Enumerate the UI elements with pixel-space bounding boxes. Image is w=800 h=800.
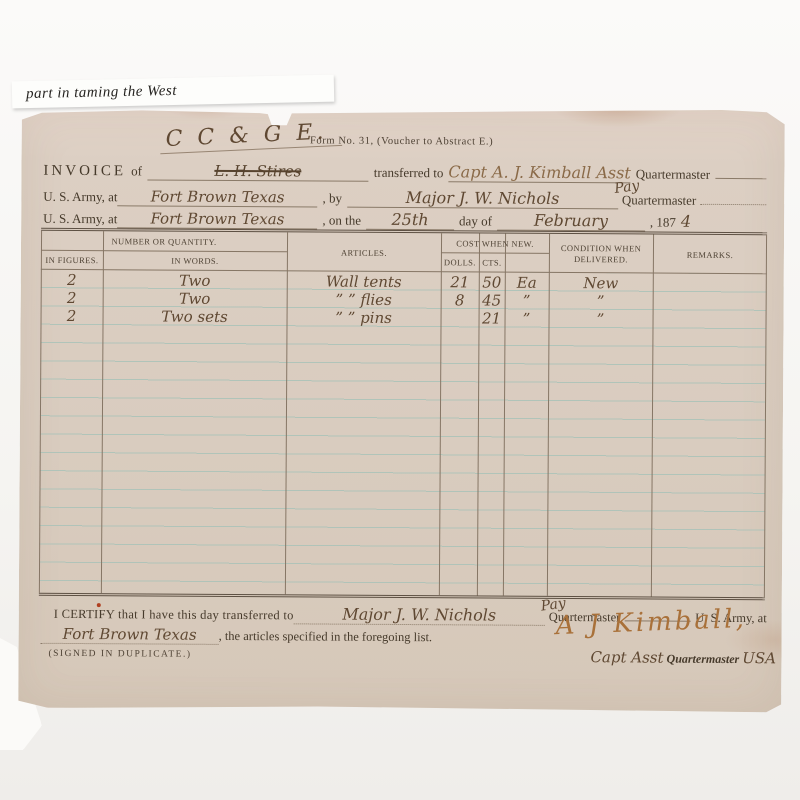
quartermaster-label-1: Quartermaster <box>631 166 715 183</box>
cell-cts: 45 <box>479 292 505 310</box>
cell-dolls <box>440 310 478 328</box>
certify-name-field: Major J. W. Nichols <box>294 604 545 626</box>
place-field-2: Fort Brown Texas <box>117 209 317 229</box>
year-digit: 4 <box>681 212 691 231</box>
cell-figures: 2 <box>41 272 103 290</box>
by-label: , by <box>318 190 348 206</box>
col-header-in-words: IN WORDS. <box>103 255 287 267</box>
cell-condition: New <box>549 275 653 294</box>
cell-remarks <box>653 276 767 295</box>
place-value-2: Fort Brown Texas <box>150 209 284 228</box>
quartermaster-label-2: Quartermaster <box>622 192 696 207</box>
sig-suffix: USA <box>742 649 776 667</box>
cell-remarks <box>652 312 766 331</box>
sig-rank-prefix: Capt Asst <box>590 648 663 666</box>
blank-field-2 <box>700 188 766 205</box>
cell-unit: ” <box>505 293 549 311</box>
cell-articles: Wall tents <box>287 273 441 292</box>
cell-words: Two <box>103 272 287 291</box>
underlying-page-fragment: part in taming the West <box>12 75 334 109</box>
photo-background: part in taming the West Form No. 31, (Vo… <box>0 0 800 800</box>
army-at-label-1: U. S. Army, at <box>43 189 117 205</box>
cell-figures: 2 <box>41 290 103 308</box>
blank-field-1 <box>715 162 766 179</box>
quartermaster-wrap-1: Pay Quartermaster <box>618 192 700 209</box>
transferee-field: Capt A. J. Kimball Asst <box>448 162 630 183</box>
signature-rank-line: Capt Asst Quartermaster USA <box>590 647 773 667</box>
cell-words: Two <box>103 290 287 309</box>
cell-cts: 50 <box>479 274 505 292</box>
cell-figures: 2 <box>41 308 103 326</box>
articles-table: NUMBER OR QUANTITY. IN FIGURES. IN WORDS… <box>39 228 767 600</box>
place-value-1: Fort Brown Texas <box>151 187 285 206</box>
on-the-label: , on the <box>317 212 366 228</box>
articles-suffix: , the articles specified in the foregoin… <box>219 629 433 645</box>
transferee-name: Capt A. J. Kimball Asst <box>448 162 630 182</box>
place-value-3: Fort Brown Texas <box>63 625 197 644</box>
transferred-label: transferred to <box>369 165 449 181</box>
certify-statement: I CERTIFY that I have this day transferr… <box>54 607 294 623</box>
cell-words: Two sets <box>103 308 287 327</box>
invoice-document: Form No. 31, (Voucher to Abstract E.) C … <box>18 106 785 713</box>
cell-unit: Ea <box>505 275 549 293</box>
day-of-label: day of <box>454 213 497 229</box>
invoice-line: INVOICE of L. H. Stires transferred to C… <box>43 158 766 184</box>
col-header-articles: ARTICLES. <box>287 247 441 259</box>
cell-condition: ” <box>549 293 653 312</box>
col-header-dolls: DOLLS. <box>441 257 479 268</box>
cell-articles: ” ” flies <box>287 291 441 310</box>
army-line-1: U. S. Army, at Fort Brown Texas , by Maj… <box>43 184 766 210</box>
month-value: February <box>534 211 608 230</box>
col-header-condition: CONDITION WHEN DELIVERED. <box>549 243 653 265</box>
place-field-1: Fort Brown Texas <box>118 187 318 207</box>
cell-dolls: 8 <box>441 292 479 310</box>
col-header-remarks: REMARKS. <box>653 250 767 261</box>
year-prefix-label: , 187 <box>645 214 681 230</box>
place-field-3: Fort Brown Texas <box>41 625 219 645</box>
cell-dolls: 21 <box>441 274 479 292</box>
sig-quartermaster-label: Quartermaster <box>664 652 743 667</box>
invoice-label: INVOICE <box>43 163 126 181</box>
col-header-cost-when-new: COST WHEN NEW. <box>441 238 549 249</box>
cell-articles: ” ” pins <box>286 309 440 328</box>
day-value: 25th <box>391 210 428 229</box>
of-label: of <box>126 163 147 179</box>
transferor-name: Major J. W. Nichols <box>406 188 560 208</box>
signed-in-duplicate-note: (SIGNED IN DUPLICATE.) <box>48 649 191 660</box>
cell-unit: ” <box>504 311 548 329</box>
cell-cts: 21 <box>478 310 504 328</box>
rank-annotation-1: Pay <box>613 178 640 197</box>
cell-remarks <box>653 294 767 313</box>
cell-condition: ” <box>548 311 652 330</box>
day-field: 25th <box>366 210 454 231</box>
header-divider <box>441 252 549 254</box>
heading-annotation: C C & G E. <box>159 119 342 154</box>
col-header-number-or-quantity: NUMBER OR QUANTITY. <box>41 236 287 248</box>
certification-line-2: Fort Brown Texas , the articles specifie… <box>41 625 433 646</box>
header-divider <box>41 250 287 253</box>
col-header-cts: CTS. <box>479 257 505 268</box>
army-at-label-2: U. S. Army, at <box>43 211 117 227</box>
invoice-of-field: L. H. Stires <box>147 161 369 181</box>
certify-name: Major J. W. Nichols <box>342 605 496 625</box>
underlying-page-text: part in taming the West <box>12 83 177 103</box>
transferor-field: Major J. W. Nichols <box>347 188 618 210</box>
col-header-in-figures: IN FIGURES. <box>41 255 103 266</box>
month-field: February <box>497 211 645 232</box>
struck-name: L. H. Stires <box>214 162 301 181</box>
